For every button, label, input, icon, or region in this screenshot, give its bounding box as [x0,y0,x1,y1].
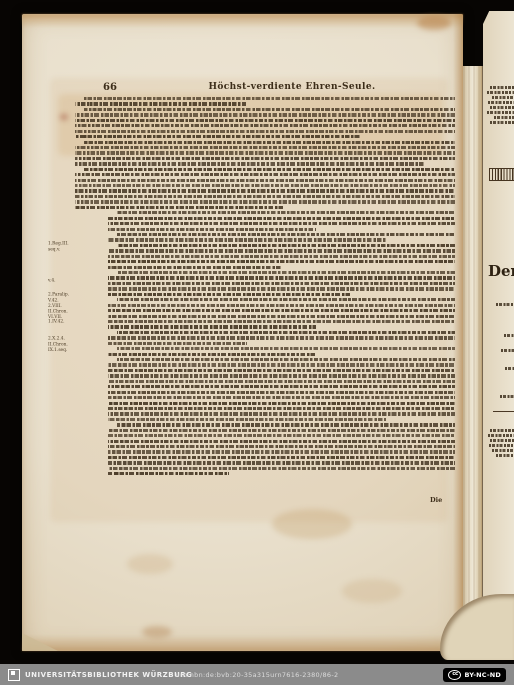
facing-page-text-line [505,367,514,370]
facing-page-text-line [492,449,514,452]
facing-page-text-line [504,334,514,337]
margin-note: v.4. [48,278,69,284]
facing-page-text-line [490,439,514,442]
text-line [108,467,455,470]
text-line [117,211,455,214]
paragraph [75,331,455,345]
text-line [84,141,455,144]
text-line [108,260,455,263]
paragraph [75,211,455,231]
text-line [108,450,455,453]
text-line [108,429,455,432]
text-line [108,336,455,339]
facing-page-text-line [496,303,514,306]
paragraph [75,271,455,296]
text-line [108,276,455,279]
margin-note: 2.X.2.4. II.Chron. IX.1.seq. [48,336,69,353]
text-line [117,331,455,334]
paragraph [75,423,455,475]
facing-page-text-line [500,395,514,398]
text-line [75,119,455,122]
text-line [75,184,455,187]
text-line [75,102,246,105]
facing-page-text-line [490,86,514,89]
stain [127,554,173,574]
facing-page-text-line [489,444,514,447]
text-line [108,412,455,415]
text-line [117,358,455,361]
text-line [108,407,455,410]
facing-page-text-line [494,116,514,119]
text-line [108,456,455,459]
stain [342,579,402,603]
text-line [108,402,455,405]
text-line [108,440,455,443]
text-line [108,342,247,345]
text-line [108,374,455,377]
text-line [75,189,455,192]
text-line [75,195,455,198]
cc-license-label: BY-NC-ND [464,671,501,679]
text-line [75,157,455,160]
paragraph [75,108,455,138]
text-line [75,206,284,209]
text-line [117,271,455,274]
facing-page-heading-fragment: Der [488,262,514,280]
paragraph [75,358,455,421]
margin-note: 2.Paralip. V.42. 2.VIII. II.Chron. VI.VI… [48,292,69,320]
paragraph [75,168,455,209]
text-line [75,124,455,127]
facing-page-text-line [490,429,514,432]
text-line [75,113,455,116]
text-line [117,423,455,426]
book-page: 66 Höchst-verdiente Ehren-Seule. 1.Reg.I… [22,14,463,651]
facing-page-text-line [490,106,514,109]
text-line [108,228,316,231]
text-line [75,130,455,133]
page-top-browning [22,14,463,28]
text-line [75,135,360,138]
facing-page-text-line [487,91,514,94]
facing-page-text-line [501,349,514,352]
text-line [117,298,455,301]
text-line [108,385,455,388]
facing-page-text-line [488,434,514,437]
text-line [108,391,455,394]
text-line [117,347,455,350]
woodcut-ornament-band [489,168,514,181]
text-line [75,151,455,154]
catchword: Die [430,496,442,504]
text-line [108,396,455,399]
text-line [75,179,455,182]
text-line [108,353,316,356]
text-line [108,315,455,318]
text-line [108,255,455,258]
facing-page-sliver: Der [483,11,514,658]
page-fore-edge [463,66,483,648]
text-line [84,97,455,100]
margin-note: 1.Reg.III. seq.v. [48,241,69,252]
page-number: 66 [103,82,117,93]
body-text-block [75,97,455,478]
text-line [108,472,229,475]
text-line [117,233,455,236]
text-line [108,445,455,448]
text-line [108,282,455,285]
text-line [108,222,455,225]
text-line [108,304,455,307]
text-line [84,108,455,111]
text-line [108,238,386,241]
text-line [108,293,351,296]
cc-license-badge: cc BY-NC-ND [443,668,506,682]
text-line [108,266,282,269]
text-line [108,380,455,383]
text-line [108,320,455,323]
paragraph [75,97,455,106]
text-line [75,173,455,176]
text-line [108,434,455,437]
facing-page-text-line [488,101,514,104]
paragraph [75,244,455,269]
library-footer-bar: UNIVERSITÄTSBIBLIOTHEK WÜRZBURG urn:nbn:… [0,664,514,685]
urn-identifier: urn:nbn:de:bvb:20-35a315urn7616-2380/86-… [0,671,514,679]
text-line [117,244,455,247]
margin-note: 1.IV.42. [48,319,69,325]
text-line [108,369,455,372]
page-bottom-browning [22,635,463,651]
facing-page-text-line [496,454,514,457]
paragraph [75,347,455,356]
text-line [108,217,455,220]
paragraph [75,298,455,328]
paragraph [75,233,455,242]
text-line [75,200,455,203]
paragraph [75,141,455,166]
text-line [108,287,455,290]
text-line [108,249,455,252]
scan-viewport: 66 Höchst-verdiente Ehren-Seule. 1.Reg.I… [0,0,514,685]
text-line [75,162,425,165]
text-line [108,461,455,464]
text-line [84,168,455,171]
facing-page-text-line [490,121,514,124]
facing-page-text-line [492,96,514,99]
text-line [108,309,455,312]
facing-page-text-line [487,111,514,114]
running-title: Höchst-verdiente Ehren-Seule. [142,82,442,92]
facing-page-rule [493,411,514,412]
text-line [108,363,455,366]
cc-icon: cc [448,670,461,680]
text-line [108,325,316,328]
text-line [75,146,455,149]
text-line [108,418,386,421]
